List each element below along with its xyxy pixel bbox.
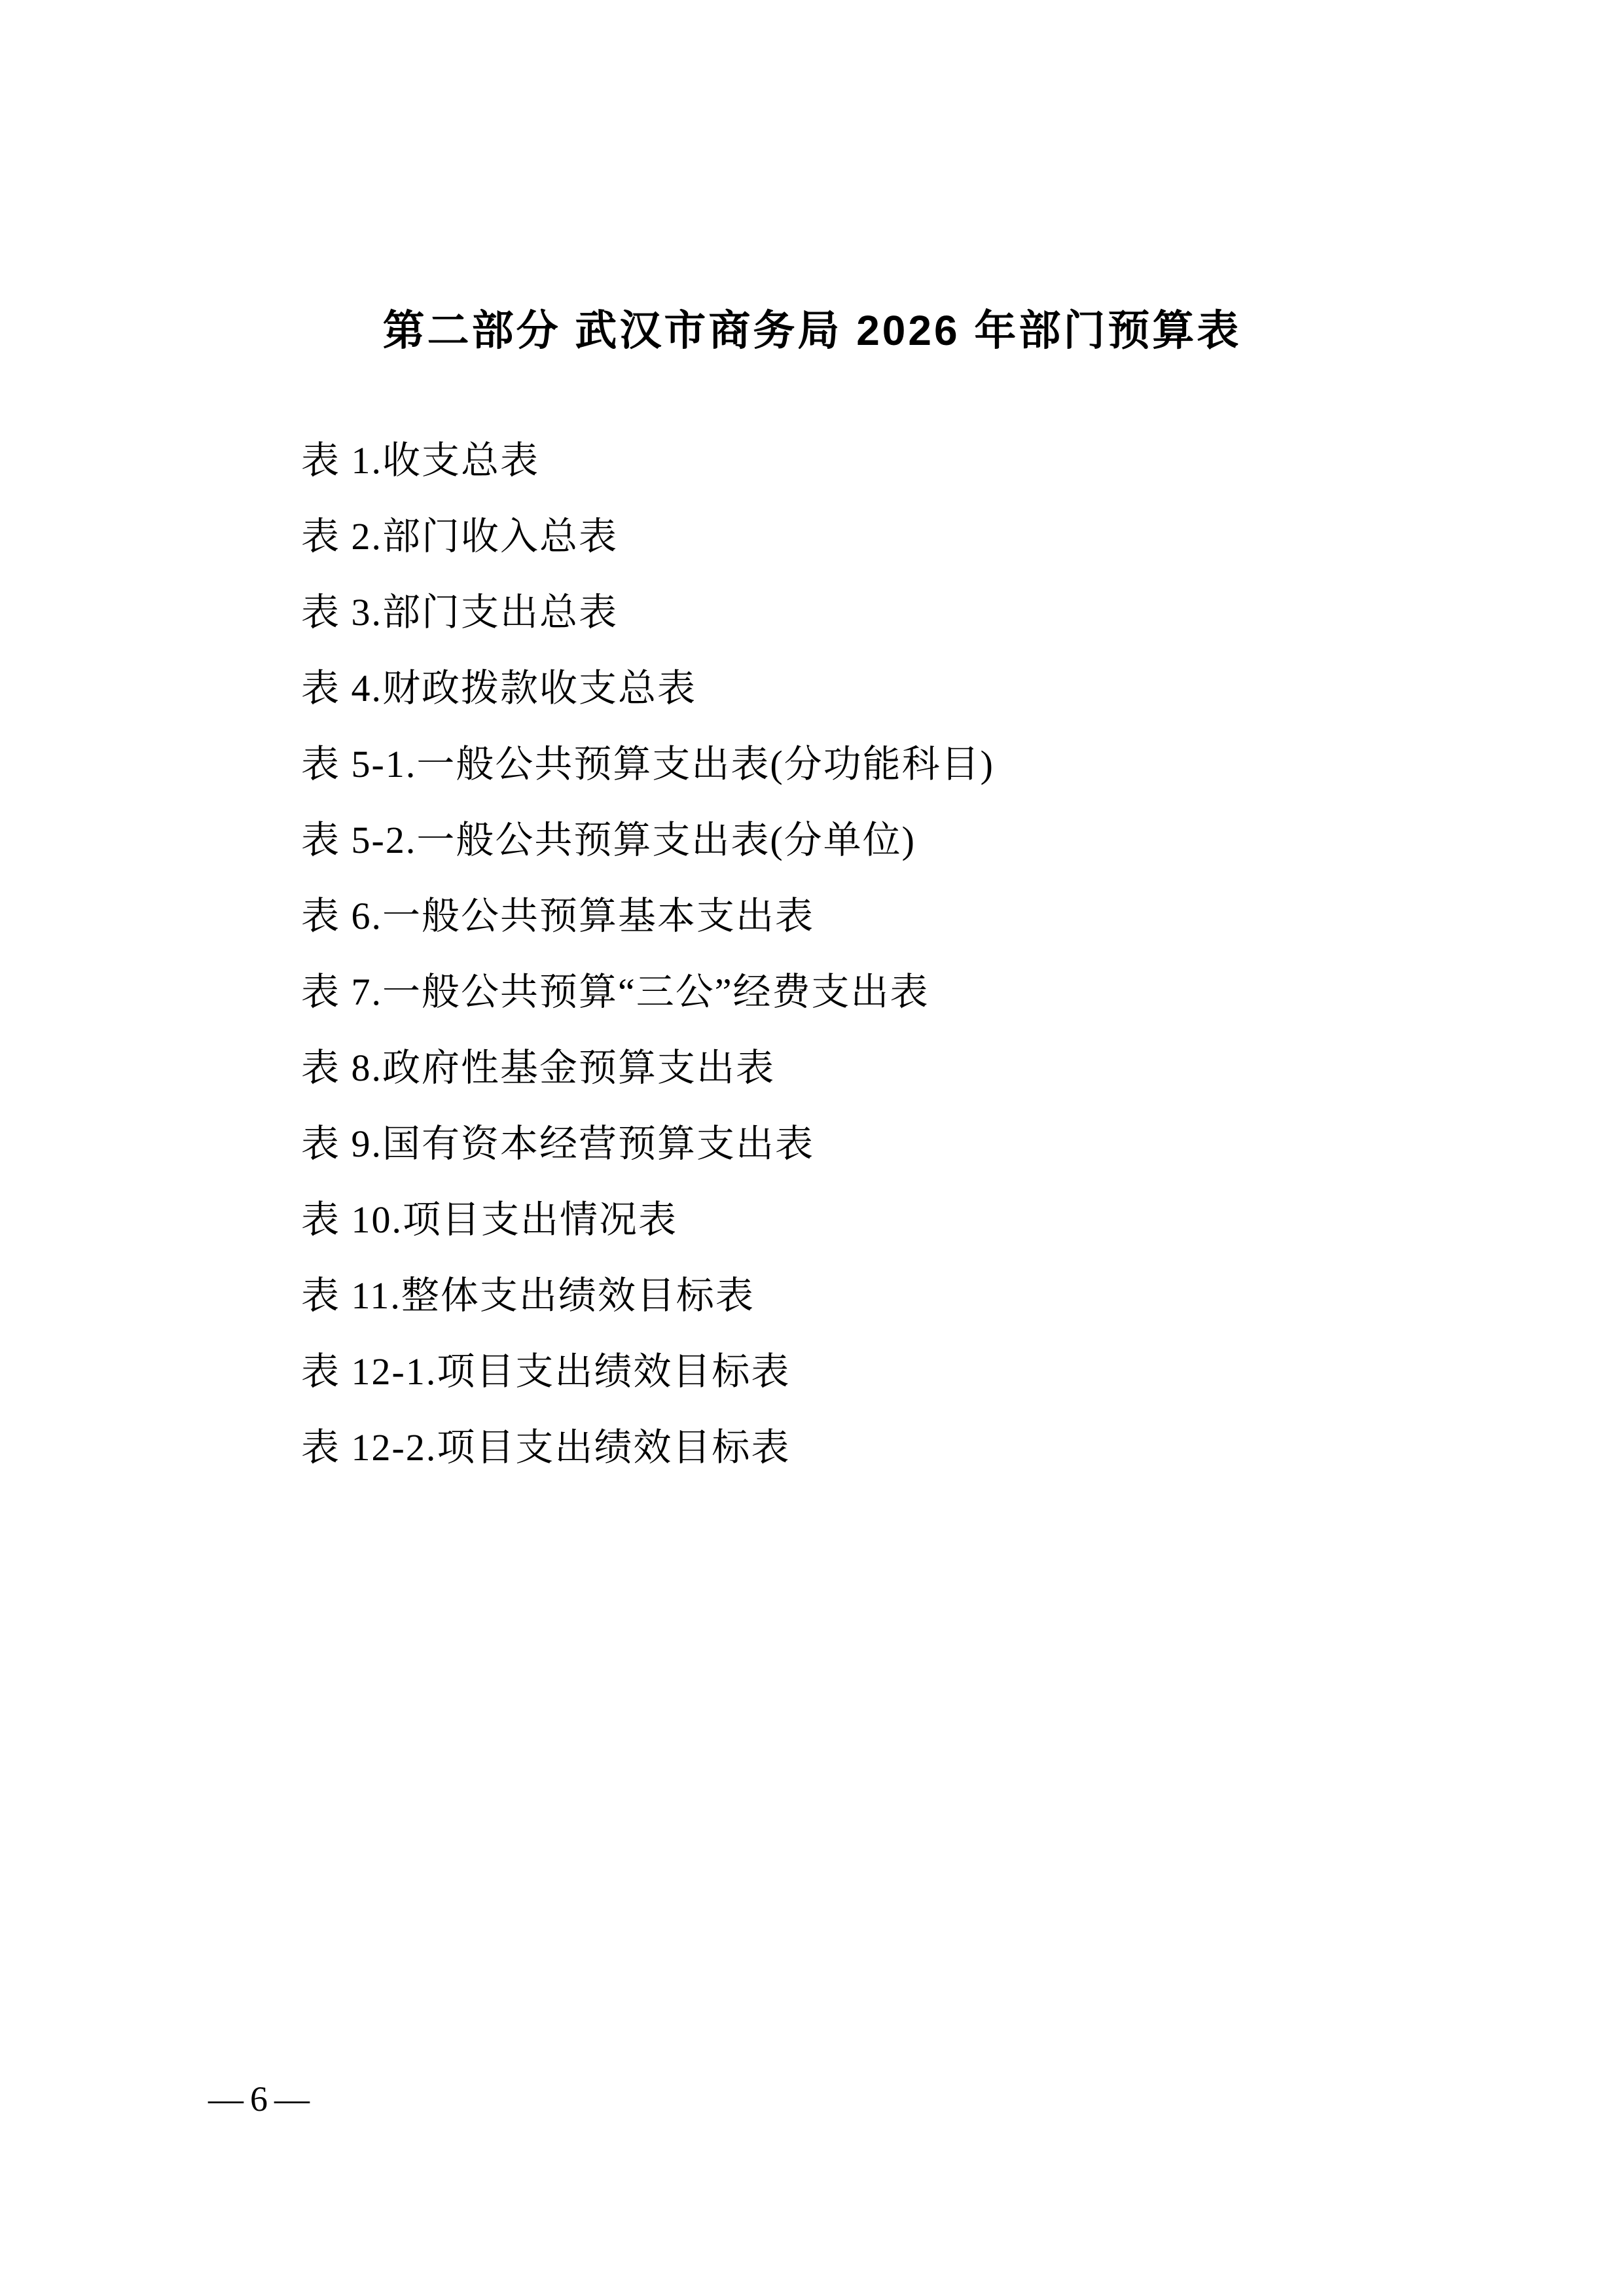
toc-item: 表 7.一般公共预算“三公”经费支出表 [301, 954, 1545, 1030]
toc-item: 表 5-1.一般公共预算支出表(分功能科目) [301, 726, 1545, 802]
toc-item: 表 5-2.一般公共预算支出表(分单位) [301, 802, 1545, 878]
document-page: 第二部分 武汉市商务局 2026 年部门预算表 表 1.收支总表 表 2.部门收… [0, 0, 1624, 2296]
toc-item: 表 12-1.项目支出绩效目标表 [301, 1334, 1545, 1410]
toc-item: 表 6.一般公共预算基本支出表 [301, 878, 1545, 954]
toc-item: 表 1.收支总表 [301, 423, 1545, 499]
page-number: —6— [208, 2081, 316, 2117]
document-title: 第二部分 武汉市商务局 2026 年部门预算表 [0, 307, 1624, 355]
toc-item: 表 2.部门收入总表 [301, 499, 1545, 575]
table-of-contents: 表 1.收支总表 表 2.部门收入总表 表 3.部门支出总表 表 4.财政拨款收… [301, 423, 1545, 1486]
toc-item: 表 4.财政拨款收支总表 [301, 651, 1545, 726]
toc-item: 表 8.政府性基金预算支出表 [301, 1030, 1545, 1106]
toc-item: 表 10.项目支出情况表 [301, 1182, 1545, 1258]
toc-item: 表 12-2.项目支出绩效目标表 [301, 1410, 1545, 1486]
toc-item: 表 3.部门支出总表 [301, 575, 1545, 651]
toc-item: 表 11.整体支出绩效目标表 [301, 1258, 1545, 1334]
toc-item: 表 9.国有资本经营预算支出表 [301, 1106, 1545, 1182]
